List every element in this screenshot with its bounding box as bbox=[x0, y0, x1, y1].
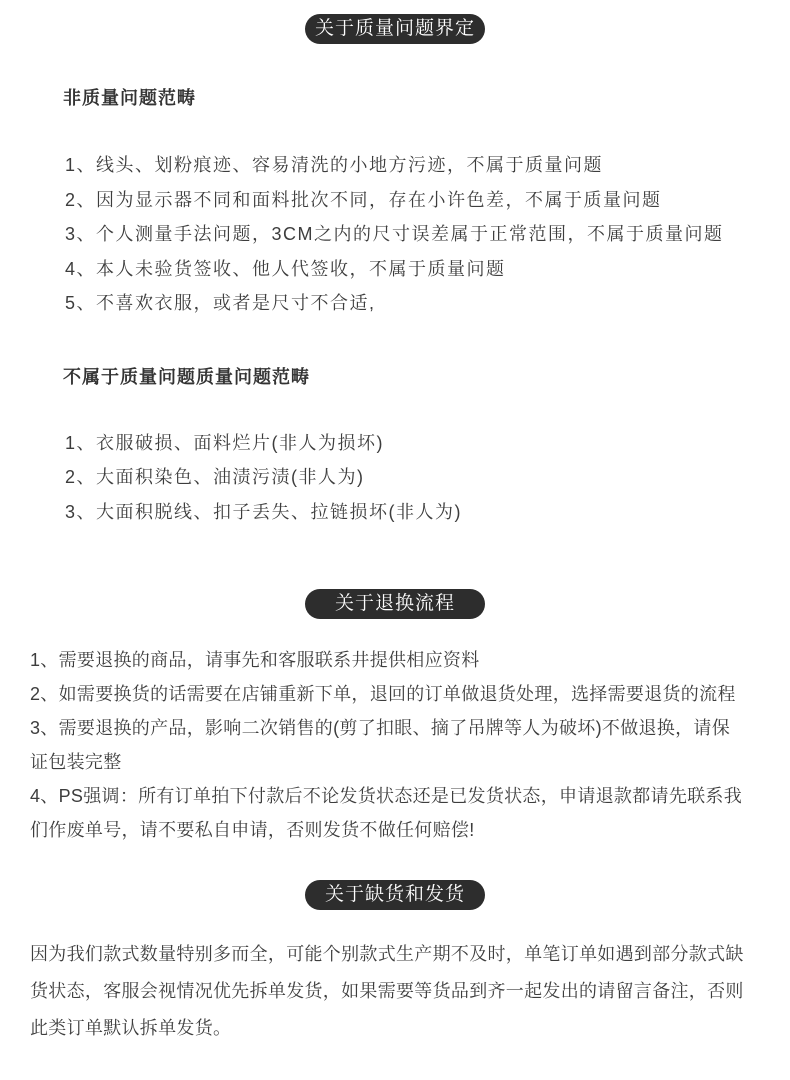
paragraph: 2、如需要换货的话需要在店铺重新下单，退回的订单做退货处理，选择需要退货的流程 bbox=[30, 677, 745, 711]
paragraph: 4、PS强调：所有订单拍下付款后不论发货状态还是已发货状态，申请退款都请先联系我… bbox=[30, 779, 745, 847]
quality-issue-list: 1、衣服破损、面料烂片(非人为损坏) 2、大面积染色、油渍污渍(非人为) 3、大… bbox=[65, 426, 790, 530]
paragraph: 因为我们款式数量特别多而全，可能个别款式生产期不及时，单笔订单如遇到部分款式缺货… bbox=[30, 936, 745, 1047]
list-item: 3、个人测量手法问题，3CM之内的尺寸误差属于正常范围，不属于质量问题 bbox=[65, 217, 790, 252]
section-header-stock-shipping: 关于缺货和发货 bbox=[305, 880, 485, 910]
list-item: 5、不喜欢衣服，或者是尺寸不合适, bbox=[65, 286, 790, 321]
list-item: 1、衣服破损、面料烂片(非人为损坏) bbox=[65, 426, 790, 461]
paragraph: 1、需要退换的商品，请事先和客服联系井提供相应资料 bbox=[30, 643, 745, 677]
list-item: 3、大面积脱线、扣子丢失、拉链损坏(非人为) bbox=[65, 495, 790, 530]
list-item: 1、线头、划粉痕迹、容易清洗的小地方污迹，不属于质量问题 bbox=[65, 148, 790, 183]
return-process-list: 1、需要退换的商品，请事先和客服联系井提供相应资料 2、如需要换货的话需要在店铺… bbox=[30, 643, 745, 847]
list-item: 2、大面积染色、油渍污渍(非人为) bbox=[65, 460, 790, 495]
non-quality-issue-list: 1、线头、划粉痕迹、容易清洗的小地方污迹，不属于质量问题 2、因为显示器不同和面… bbox=[65, 148, 790, 321]
section-header-return-process: 关于退换流程 bbox=[305, 589, 485, 619]
stock-shipping-note: 因为我们款式数量特别多而全，可能个别款式生产期不及时，单笔订单如遇到部分款式缺货… bbox=[30, 936, 745, 1047]
product-policy-page: 关于质量问题界定 非质量问题范畴 1、线头、划粉痕迹、容易清洗的小地方污迹，不属… bbox=[0, 0, 790, 1080]
list-item: 4、本人未验货签收、他人代签收，不属于质量问题 bbox=[65, 252, 790, 287]
paragraph: 3、需要退换的产品，影响二次销售的(剪了扣眼、摘了吊牌等人为破坏)不做退换，请保… bbox=[30, 711, 745, 779]
subsection-heading-quality: 不属于质量问题质量问题范畴 bbox=[63, 367, 790, 387]
section-header-quality-definition: 关于质量问题界定 bbox=[305, 14, 485, 44]
list-item: 2、因为显示器不同和面料批次不同，存在小许色差，不属于质量问题 bbox=[65, 183, 790, 218]
subsection-heading-non-quality: 非质量问题范畴 bbox=[63, 88, 790, 108]
